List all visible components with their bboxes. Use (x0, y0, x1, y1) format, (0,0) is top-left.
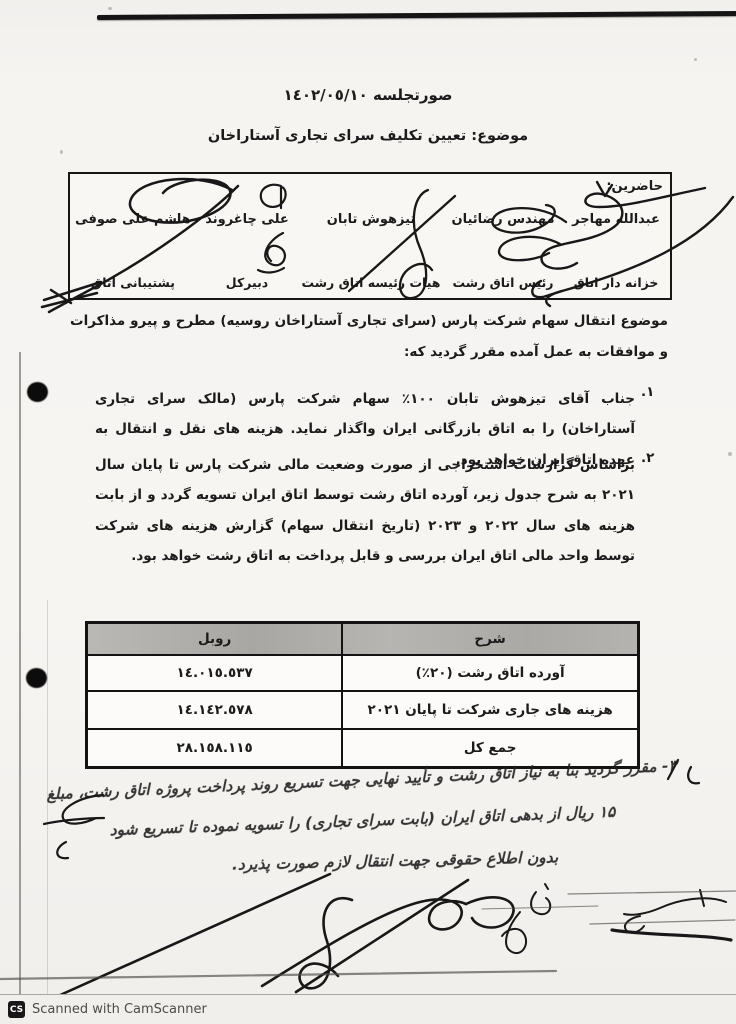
attendee-role: رئیس اتاق رشت (453, 275, 554, 292)
attendee: عبدالله مهاجر خزانه دار اتاق (562, 212, 670, 292)
attendee-role: پشتیبانی اتاق (91, 275, 175, 292)
attendee-name: تیزهوش تابان (327, 212, 416, 227)
table-row: هزینه های جاری شرکت تا پایان ٢٠٢١ ١٤.١٤٢… (88, 690, 637, 728)
table-cell-description: هزینه های جاری شرکت تا پایان ٢٠٢١ (341, 692, 637, 728)
attendees-label: حاضرین: (606, 179, 663, 194)
table-row: جمع کل ٢٨.١٥٨.١١٥ (88, 728, 637, 766)
intro-paragraph: موضوع انتقال سهام شرکت پارس (سرای تجاری … (70, 306, 668, 368)
attendee-role: خزانه دار اتاق (574, 275, 659, 292)
table-header-amount: روبل (88, 624, 341, 654)
signature-bottom-center (58, 874, 514, 996)
table-row: آورده اتاق رشت (٢٠٪) ١٤.٠١٥.٥٣٧ (88, 654, 637, 690)
table-cell-amount: ١٤.٠١٥.٥٣٧ (88, 656, 341, 690)
attendee-name: هاشم علی صوفی (75, 212, 191, 227)
attendee-name: عبدالله مهاجر (572, 212, 660, 227)
attendee: مهندس رضائیان رئیس اتاق رشت (444, 212, 562, 292)
table-cell-amount: ٢٨.١٥٨.١١٥ (88, 730, 341, 766)
document-subject: موضوع: تعیین تکلیف سرای تجاری آستاراخان (0, 128, 736, 144)
table-cell-amount: ١٤.١٤٢.٥٧٨ (88, 692, 341, 728)
camscanner-footer: CS Scanned with CamScanner (0, 994, 736, 1024)
item-number: ١. (641, 384, 654, 400)
attendee-name: مهندس رضائیان (452, 212, 555, 227)
scan-speck (728, 452, 732, 456)
signature-bottom-middle (502, 884, 550, 953)
signature-bottom-right (612, 890, 731, 940)
camscanner-footer-text: Scanned with CamScanner (32, 1002, 207, 1017)
attendee: علی چاغروند دبیرکل (196, 212, 298, 292)
paper-left-edge-line (19, 352, 21, 1012)
settlement-table: شرح روبل آورده اتاق رشت (٢٠٪) ١٤.٠١٥.٥٣٧… (85, 621, 640, 769)
table-cell-description: آورده اتاق رشت (٢٠٪) (341, 656, 637, 690)
paper-left-edge-line-faint (47, 600, 48, 1010)
scan-speck (60, 150, 63, 154)
attendee-role: دبیرکل (226, 275, 268, 292)
scan-lines (0, 891, 736, 979)
table-header-row: شرح روبل (88, 624, 637, 654)
punch-hole (27, 382, 48, 402)
item-number: ٢. (641, 450, 654, 466)
camscanner-badge-icon: CS (8, 1001, 25, 1018)
scan-speck (694, 58, 697, 61)
paper-top-edge-line (97, 11, 736, 20)
punch-hole (26, 668, 47, 688)
scan-speck (108, 7, 112, 10)
scanned-document-page: صورتجلسه ١٤٠٢/٠٥/١٠ موضوع: تعیین تکلیف س… (0, 0, 736, 1024)
attendees-box: حاضرین: عبدالله مهاجر خزانه دار اتاق مهن… (68, 172, 672, 300)
handwritten-note-line: ۱۵ ریال از بدهی اتاق ایران (بابت سرای تج… (70, 801, 655, 840)
attendee-role: هیات رئیسه اتاق رشت (302, 275, 441, 292)
table-header-description: شرح (341, 624, 637, 654)
resolution-item-2: براساس گزارشات استخراجی از صورت وضعیت ما… (95, 450, 635, 572)
handwritten-note-line: بدون اطلاع حقوقی جهت انتقال لازم صورت پذ… (225, 848, 565, 874)
attendees-grid: عبدالله مهاجر خزانه دار اتاق مهندس رضائی… (70, 212, 670, 292)
document-title: صورتجلسه ١٤٠٢/٠٥/١٠ (0, 86, 736, 104)
attendee-name: علی چاغروند (205, 212, 289, 227)
attendee: هاشم علی صوفی پشتیبانی اتاق (70, 212, 196, 292)
attendee: تیزهوش تابان هیات رئیسه اتاق رشت (298, 212, 444, 292)
